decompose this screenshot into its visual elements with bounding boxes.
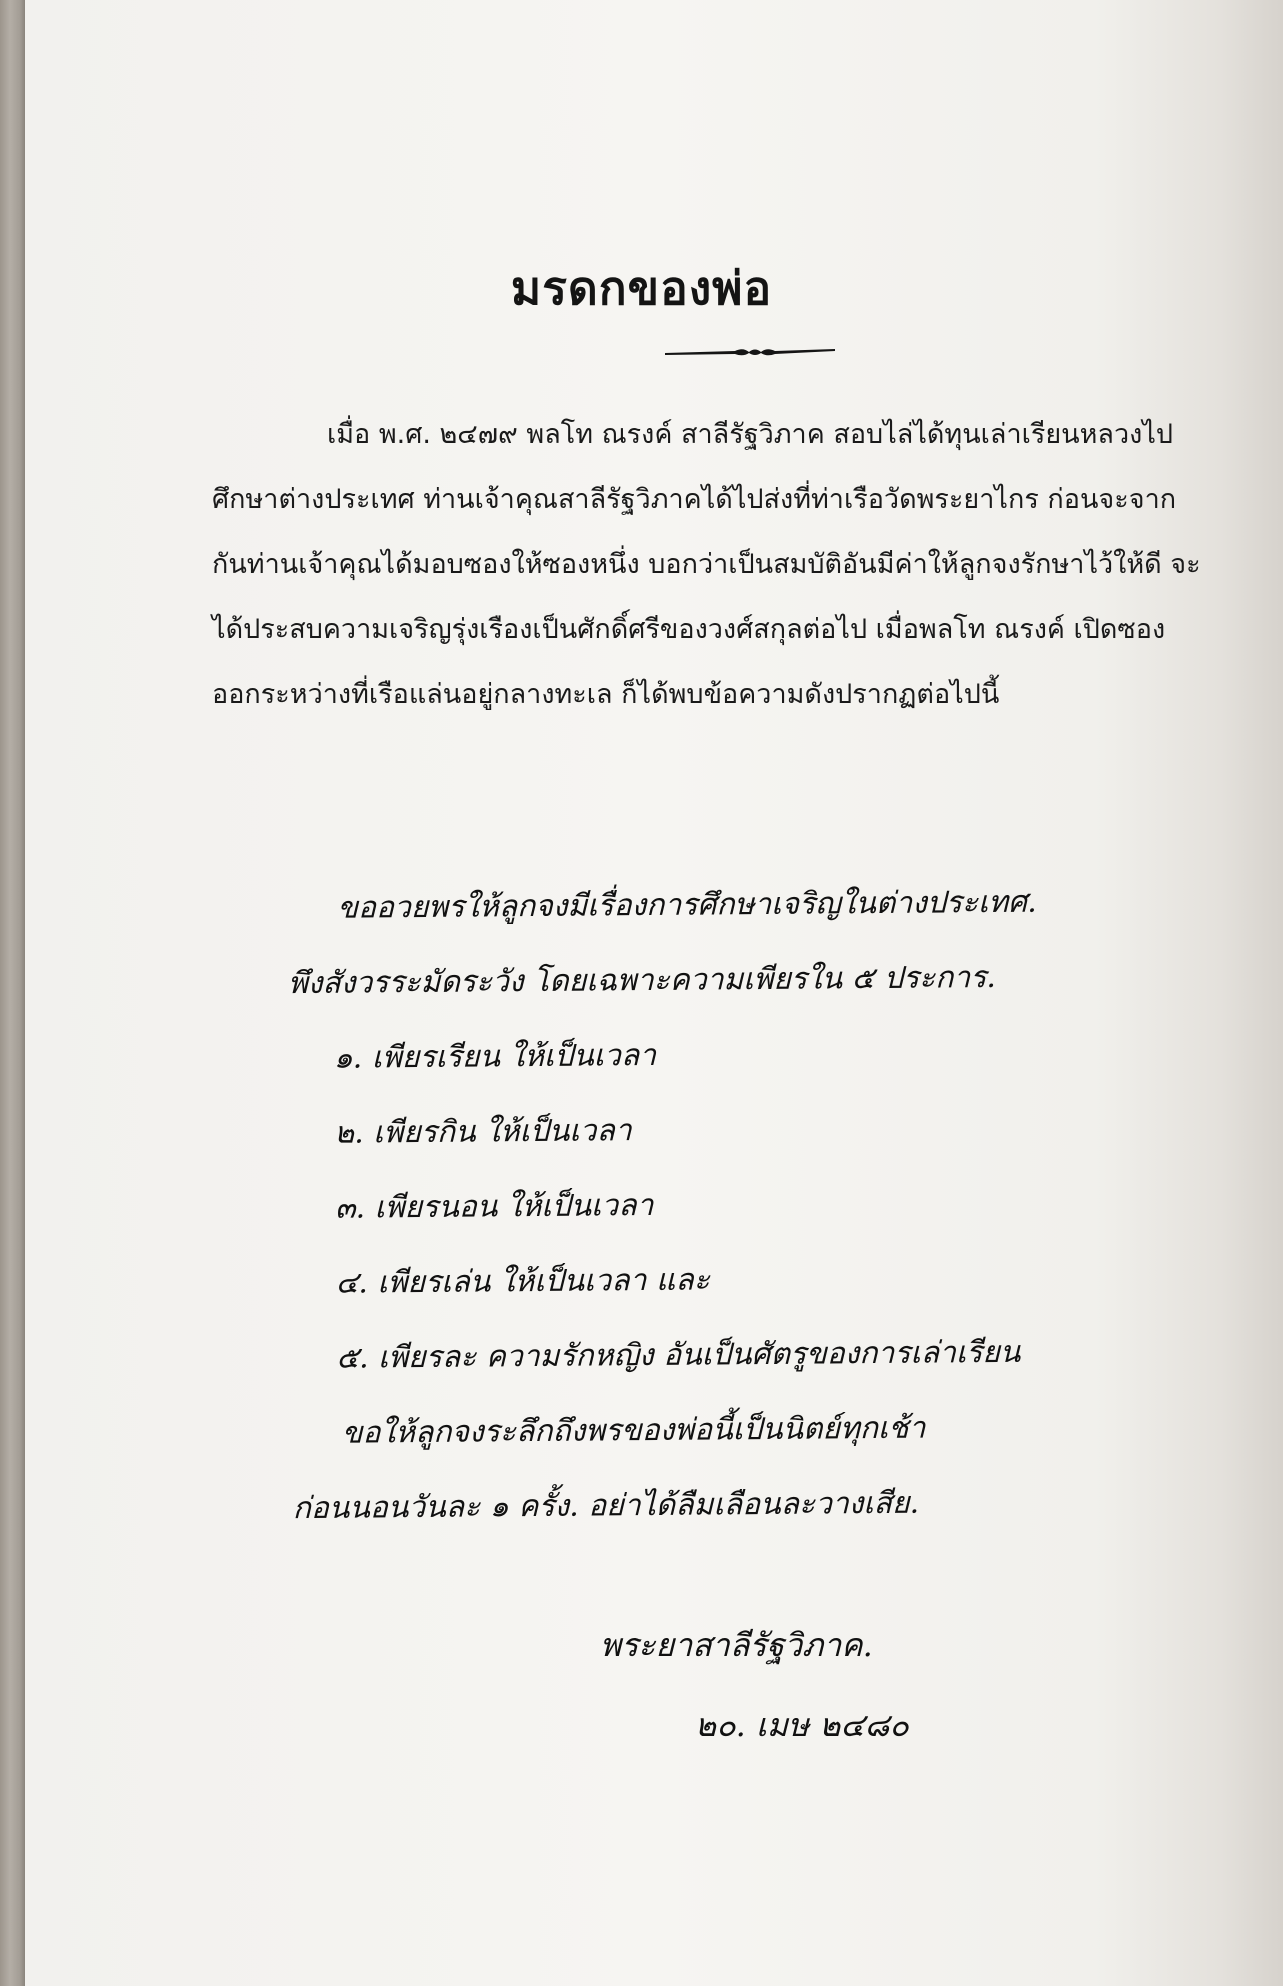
prose-line: กันท่านเจ้าคุณได้มอบซองให้ซองหนึ่ง บอกว่… <box>212 535 1242 600</box>
page-title: มรดกของพ่อ <box>0 252 1283 325</box>
prose-line: เมื่อ พ.ศ. ๒๔๗๙ พลโท ณรงค์ สาลีรัฐวิภาค … <box>212 405 1242 470</box>
letter-list-item: ๒. เพียรกิน ให้เป็นเวลา <box>289 1091 1240 1174</box>
letter-closing-line: ก่อนนอนวันละ ๑ ครั้ง. อย่าได้ลืมเลือนละว… <box>292 1466 1243 1549</box>
prose-line: ได้ประสบความเจริญรุ่งเรืองเป็นศักดิ์ศรีข… <box>212 600 1242 665</box>
letter-list-item: ๕. เพียรละ ความรักหญิง อันเป็นศัตรูของกา… <box>291 1316 1242 1399</box>
title-ornament-divider <box>665 345 835 359</box>
letter-date: ๒๐. เมษ ๒๔๘๐ <box>600 1690 909 1770</box>
letter-intro-line: ขออวยพรให้ลูกจงมีเรื่องการศึกษาเจริญในต่… <box>287 866 1238 949</box>
letter-list-item: ๔. เพียรเล่น ให้เป็นเวลา และ <box>290 1241 1241 1324</box>
signature: พระยาสาลีรัฐวิภาค. <box>600 1610 909 1690</box>
prose-line: ออกระหว่างที่เรือแล่นอยู่กลางทะเล ก็ได้พ… <box>212 665 1242 730</box>
letter-closing-line: ขอให้ลูกจงระลึกถึงพรของพ่อนี้เป็นนิตย์ทุ… <box>292 1391 1243 1474</box>
letter-list-item: ๓. เพียรนอน ให้เป็นเวลา <box>290 1166 1241 1249</box>
intro-paragraph: เมื่อ พ.ศ. ๒๔๗๙ พลโท ณรงค์ สาลีรัฐวิภาค … <box>212 405 1242 730</box>
signature-block: พระยาสาลีรัฐวิภาค. ๒๐. เมษ ๒๔๘๐ <box>600 1610 909 1770</box>
prose-line: ศึกษาต่างประเทศ ท่านเจ้าคุณสาลีรัฐวิภาคไ… <box>212 470 1242 535</box>
letter-intro-line: พึงสังวรระมัดระวัง โดยเฉพาะความเพียรใน ๕… <box>288 941 1239 1024</box>
handwritten-letter: ขออวยพรให้ลูกจงมีเรื่องการศึกษาเจริญในต่… <box>287 866 1243 1549</box>
letter-list-item: ๑. เพียรเรียน ให้เป็นเวลา <box>288 1016 1239 1099</box>
